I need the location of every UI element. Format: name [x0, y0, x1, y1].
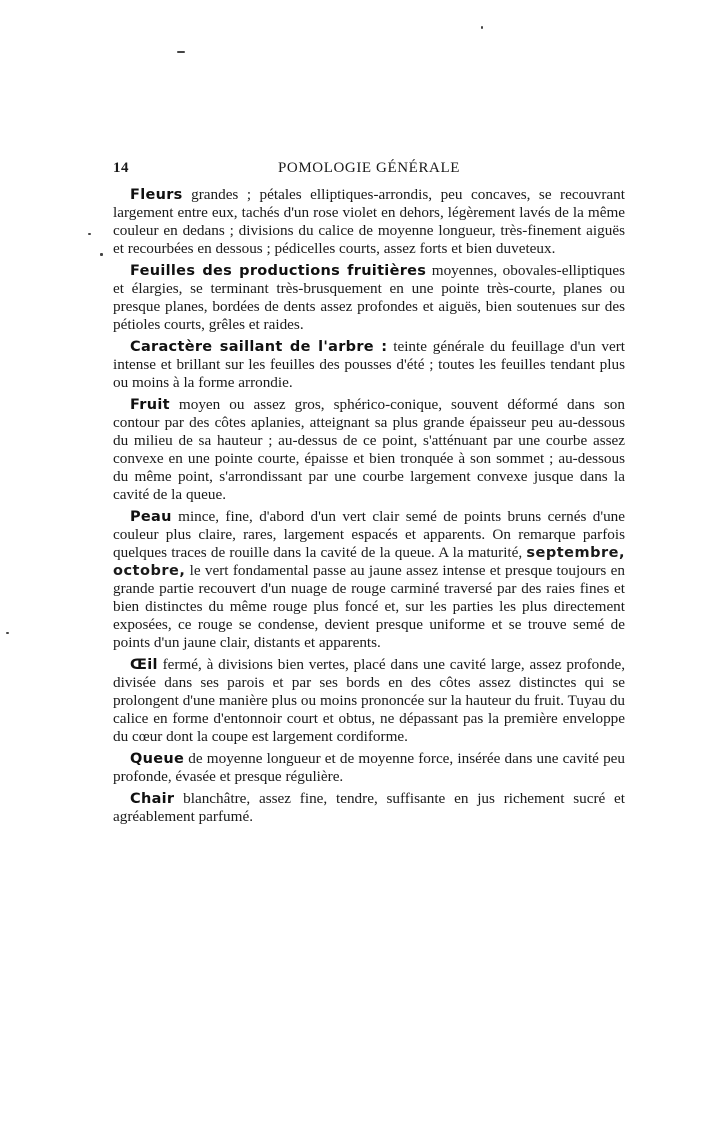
scan-speck — [6, 632, 9, 634]
paragraph-peau: Peau mince, fine, d'abord d'un vert clai… — [113, 508, 625, 652]
scan-speck — [100, 253, 103, 256]
paragraph-lead: Queue — [130, 751, 184, 767]
paragraph-chair: Chair blanchâtre, assez fine, tendre, su… — [113, 790, 625, 826]
paragraph-lead: Fleurs — [130, 187, 183, 203]
paragraph-fruit: Fruit moyen ou assez gros, sphérico-coni… — [113, 396, 625, 504]
paragraph-lead: Fruit — [130, 397, 170, 413]
paragraph-text: de moyenne longueur et de moyenne force,… — [113, 750, 625, 785]
paragraph-lead: Chair — [130, 791, 174, 807]
paragraph-lead: Œil — [130, 657, 158, 673]
book-page: 14 POMOLOGIE GÉNÉRALE Fleurs grandes ; p… — [113, 160, 625, 830]
paragraph-oeil: Œil fermé, à divisions bien vertes, plac… — [113, 656, 625, 746]
paragraph-caractere: Caractère saillant de l'arbre : teinte g… — [113, 338, 625, 392]
paragraph-queue: Queue de moyenne longueur et de moyenne … — [113, 750, 625, 786]
paragraph-text: grandes ; pétales elliptiques-arrondis, … — [113, 186, 625, 257]
scan-speck — [88, 233, 91, 235]
paragraph-lead: Feuilles des productions fruitières — [130, 263, 426, 279]
paragraph-text: blanchâtre, assez fine, tendre, suffisan… — [113, 790, 625, 825]
scan-speck — [177, 51, 185, 53]
paragraph-text: fermé, à divisions bien vertes, placé da… — [113, 656, 625, 745]
paragraph-lead: Peau — [130, 509, 172, 525]
paragraph-feuilles: Feuilles des productions fruitières moye… — [113, 262, 625, 334]
running-title: POMOLOGIE GÉNÉRALE — [113, 160, 625, 177]
running-head: 14 POMOLOGIE GÉNÉRALE — [113, 160, 625, 182]
scan-speck — [481, 26, 483, 29]
paragraph-fleurs: Fleurs grandes ; pétales elliptiques-arr… — [113, 186, 625, 258]
paragraph-lead: Caractère saillant de l'arbre : — [130, 339, 387, 355]
paragraph-text: moyen ou assez gros, sphérico-conique, s… — [113, 396, 625, 503]
paragraph-text: le vert fondamental passe au jaune assez… — [113, 562, 625, 651]
page-body: Fleurs grandes ; pétales elliptiques-arr… — [113, 186, 625, 826]
